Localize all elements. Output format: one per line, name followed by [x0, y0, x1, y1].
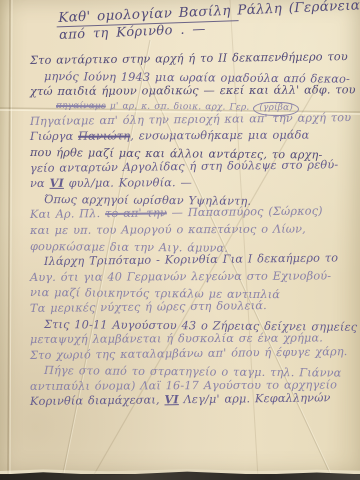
handwritten-text-area: Καθ' ομολογίαν Βασίλη Ράλλη (Γεράνεια) α… [30, 10, 352, 410]
struck-out-word: Πανιώτη [78, 130, 130, 143]
handwritten-line-with-underline: να VI φυλ/μα. Κορινθία. — [30, 174, 352, 191]
scanned-manuscript-page: Καθ' ομολογίαν Βασίλη Ράλλη (Γεράνεια) α… [0, 0, 360, 480]
handwritten-line: Αυγ. ότι για 40 Γερμανών λεγεώνα στο Εχι… [30, 268, 352, 285]
underlined-numeral: VI [50, 176, 64, 190]
handwritten-line: Πηγαίναμε απ' όλη την περιοχή και απ' τη… [30, 110, 352, 130]
line-segment: Και Αρ. Πλ. [30, 207, 105, 221]
handwritten-line: Τα μερικές νύχτες ή ώρες στη δουλειά. [30, 297, 352, 317]
handwritten-line: Ιλάρχη Τριπόταμο - Κορινθία Για Ι δεκαήμ… [44, 250, 352, 269]
line-segment: φυλ/μα. Κορινθία. — [64, 176, 192, 190]
handwritten-line: χτώ παιδιά ήμουν ομαδικώς — εκεί και άλλ… [30, 83, 352, 100]
line-segment: Κορινθία διαμάχεσαι, [30, 394, 165, 409]
handwritten-line-with-underline: Κορινθία διαμάχεσαι, VI Λεγ/μ' αρμ. Κεφα… [30, 391, 352, 411]
struck-out-word: πηγαίναμε [56, 101, 106, 111]
handwritten-line: γείο ανταρτών Αργολίδας ή στη δούλεψε στ… [30, 157, 352, 177]
line-segment: , ενσωματωθήκαμε μια ομάδα [130, 129, 309, 143]
handwritten-line: Στο αντάρτικο στην αρχή ή το ΙΙ δεκαπενθ… [30, 49, 352, 69]
handwritten-line-with-strike: Και Αρ. Πλ. το απ' την — Παπασπύρος (Σώρ… [30, 203, 352, 223]
struck-out-word: το απ' την [105, 207, 167, 221]
handwritten-line: Στο χωριό της καταλαμβάνω απ' όπου ή έφυ… [30, 344, 352, 364]
line-segment: Λεγ/μ' αρμ. Κεφαλληνών [179, 392, 331, 407]
underlined-numeral: VI [164, 393, 179, 407]
handwritten-line: και με υπ. του Αμοργού ο καπετάνιος ο Λί… [30, 221, 352, 238]
line-segment: Γιώργα [30, 130, 78, 143]
line-segment: — Παπασπύρος (Σώρκος) [167, 205, 323, 220]
handwritten-line-with-strike: Γιώργα Πανιώτη, ενσωματωθήκαμε μια ομάδα [30, 128, 352, 145]
line-segment: να [30, 177, 50, 190]
